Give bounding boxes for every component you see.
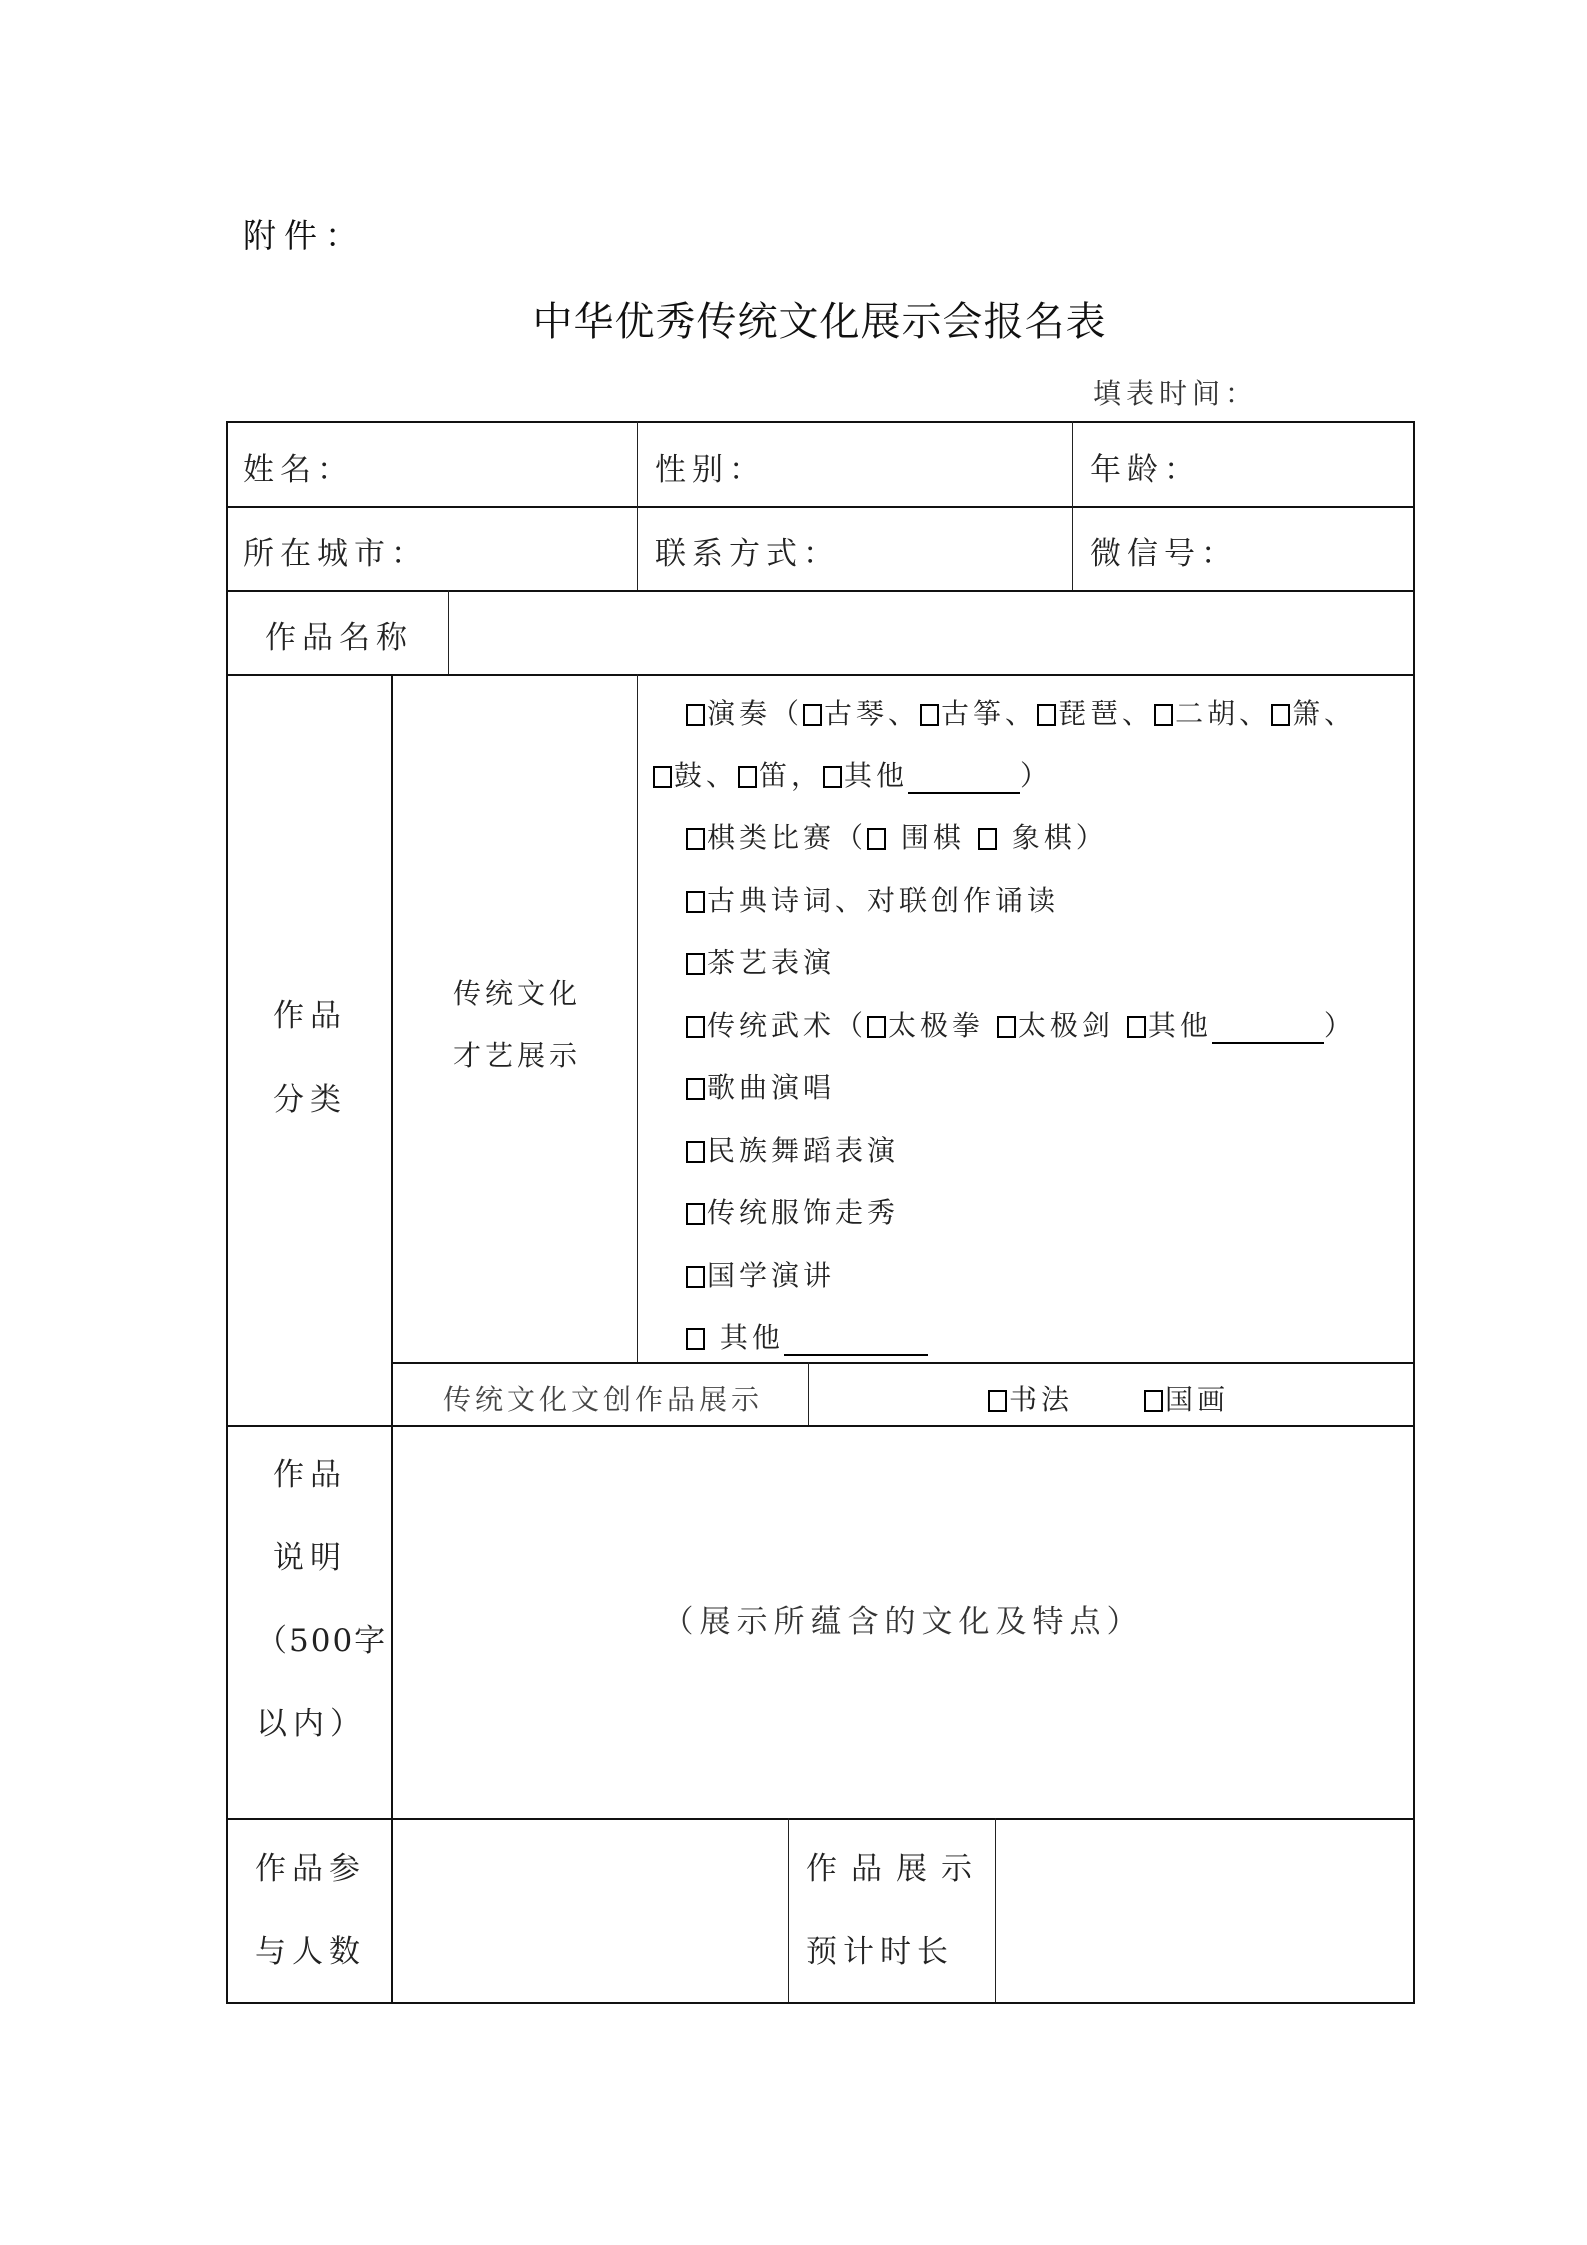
duration-label: 作品展示 bbox=[806, 1843, 986, 1888]
perf-other-blank[interactable] bbox=[908, 766, 1020, 794]
option-label: 围棋 bbox=[888, 821, 978, 854]
option-label: 箫、 bbox=[1292, 697, 1356, 730]
description-label-3: （500字 bbox=[256, 1615, 387, 1660]
checkbox-pipa[interactable] bbox=[1037, 704, 1056, 726]
option-label: ） bbox=[1324, 1009, 1356, 1042]
gender-field[interactable]: 性别： bbox=[655, 444, 766, 489]
option-poetry[interactable]: 古典诗词、对联创作诵读 bbox=[686, 879, 1059, 919]
option-calligraphy[interactable]: 书法 bbox=[988, 1378, 1073, 1418]
checkbox-xiao[interactable] bbox=[1271, 704, 1290, 726]
participants-input[interactable] bbox=[394, 1820, 787, 2001]
description-label-2: 说明 bbox=[273, 1532, 347, 1577]
option-label: 古筝、 bbox=[941, 697, 1037, 730]
checkbox-guqin[interactable] bbox=[803, 704, 822, 726]
option-label: 太极剑 bbox=[1018, 1009, 1127, 1042]
option-label: 其他 bbox=[707, 1321, 784, 1354]
option-label: 传统服饰走秀 bbox=[707, 1196, 899, 1229]
checkbox-poetry[interactable] bbox=[686, 891, 705, 913]
option-label: 其他 bbox=[844, 759, 908, 792]
checkbox-calligraphy[interactable] bbox=[988, 1390, 1007, 1412]
option-other[interactable]: 其他 bbox=[686, 1316, 928, 1356]
option-folk-dance[interactable]: 民族舞蹈表演 bbox=[686, 1129, 899, 1169]
option-label: 笛， bbox=[759, 759, 823, 792]
option-label: 民族舞蹈表演 bbox=[707, 1134, 899, 1167]
duration-input[interactable] bbox=[997, 1820, 1412, 2001]
option-label: 国画 bbox=[1165, 1383, 1229, 1416]
option-label: 太极拳 bbox=[888, 1009, 997, 1042]
option-label: 棋类比赛（ bbox=[707, 821, 867, 854]
checkbox-taiji-quan[interactable] bbox=[867, 1016, 886, 1038]
attachment-label: 附件： bbox=[243, 210, 366, 257]
category-label: 作品 bbox=[273, 990, 347, 1035]
checkbox-flute[interactable] bbox=[738, 766, 757, 788]
option-label: 书法 bbox=[1009, 1383, 1073, 1416]
option-chess[interactable]: 棋类比赛（ 围棋 象棋） bbox=[686, 816, 1108, 856]
checkbox-perf-other[interactable] bbox=[823, 766, 842, 788]
category-label-2: 分类 bbox=[273, 1074, 347, 1119]
option-label: ） bbox=[1020, 759, 1052, 792]
martial-other-blank[interactable] bbox=[1212, 1016, 1324, 1044]
checkbox-folk-dance[interactable] bbox=[686, 1141, 705, 1163]
checkbox-singing[interactable] bbox=[686, 1078, 705, 1100]
work-name-label: 作品名称 bbox=[265, 612, 413, 657]
checkbox-weiqi[interactable] bbox=[867, 828, 886, 850]
participants-label: 作品参 bbox=[255, 1843, 366, 1888]
option-label: 古琴、 bbox=[824, 697, 920, 730]
checkbox-chess[interactable] bbox=[686, 828, 705, 850]
option-label: 传统武术（ bbox=[707, 1009, 867, 1042]
talent-label-2: 才艺展示 bbox=[453, 1034, 581, 1074]
duration-label-2: 预计时长 bbox=[806, 1926, 954, 1971]
checkbox-erhu[interactable] bbox=[1154, 704, 1173, 726]
checkbox-performance[interactable] bbox=[686, 704, 705, 726]
fill-time-label: 填表时间： bbox=[1093, 372, 1258, 412]
other-blank[interactable] bbox=[784, 1328, 928, 1356]
work-name-input[interactable] bbox=[450, 592, 1412, 674]
option-label: 国学演讲 bbox=[707, 1259, 835, 1292]
option-label: 演奏（ bbox=[707, 697, 803, 730]
option-performance-cont[interactable]: 鼓、笛，其他） bbox=[653, 754, 1052, 794]
option-tea[interactable]: 茶艺表演 bbox=[686, 941, 835, 981]
creative-label: 传统文化文创作品展示 bbox=[443, 1378, 763, 1418]
contact-field[interactable]: 联系方式： bbox=[655, 528, 840, 573]
checkbox-xiangqi[interactable] bbox=[978, 828, 997, 850]
option-painting[interactable]: 国画 bbox=[1144, 1378, 1229, 1418]
city-field[interactable]: 所在城市： bbox=[243, 528, 428, 573]
option-martial[interactable]: 传统武术（太极拳 太极剑 其他） bbox=[686, 1004, 1356, 1044]
option-singing[interactable]: 歌曲演唱 bbox=[686, 1066, 835, 1106]
option-label: 二胡、 bbox=[1175, 697, 1271, 730]
checkbox-martial[interactable] bbox=[686, 1016, 705, 1038]
option-label: 古典诗词、对联创作诵读 bbox=[707, 884, 1059, 917]
option-performance[interactable]: 演奏（古琴、古筝、琵琶、二胡、箫、 bbox=[686, 692, 1356, 732]
page-title: 中华优秀传统文化展示会报名表 bbox=[226, 290, 1413, 347]
checkbox-martial-other[interactable] bbox=[1127, 1016, 1146, 1038]
participants-label-2: 与人数 bbox=[255, 1926, 366, 1971]
checkbox-tea[interactable] bbox=[686, 953, 705, 975]
description-input[interactable]: （展示所蕴含的文化及特点） bbox=[393, 1427, 1413, 1818]
checkbox-guzheng[interactable] bbox=[920, 704, 939, 726]
option-label: 象棋） bbox=[999, 821, 1108, 854]
option-label: 鼓、 bbox=[674, 759, 738, 792]
option-label: 歌曲演唱 bbox=[707, 1071, 835, 1104]
description-label: 作品 bbox=[273, 1449, 347, 1494]
name-field[interactable]: 姓名： bbox=[243, 444, 354, 489]
checkbox-painting[interactable] bbox=[1144, 1390, 1163, 1412]
description-label-4: 以内） bbox=[256, 1698, 367, 1743]
wechat-field[interactable]: 微信号： bbox=[1090, 528, 1238, 573]
option-label: 琵琶、 bbox=[1058, 697, 1154, 730]
option-guoxue[interactable]: 国学演讲 bbox=[686, 1254, 835, 1294]
option-label: 其他 bbox=[1148, 1009, 1212, 1042]
checkbox-other[interactable] bbox=[686, 1328, 705, 1350]
checkbox-guoxue[interactable] bbox=[686, 1266, 705, 1288]
checkbox-drum[interactable] bbox=[653, 766, 672, 788]
checkbox-costume[interactable] bbox=[686, 1203, 705, 1225]
option-label: 茶艺表演 bbox=[707, 946, 835, 979]
checkbox-taiji-jian[interactable] bbox=[997, 1016, 1016, 1038]
option-costume[interactable]: 传统服饰走秀 bbox=[686, 1191, 899, 1231]
age-field[interactable]: 年龄： bbox=[1090, 444, 1201, 489]
talent-label: 传统文化 bbox=[453, 972, 581, 1012]
